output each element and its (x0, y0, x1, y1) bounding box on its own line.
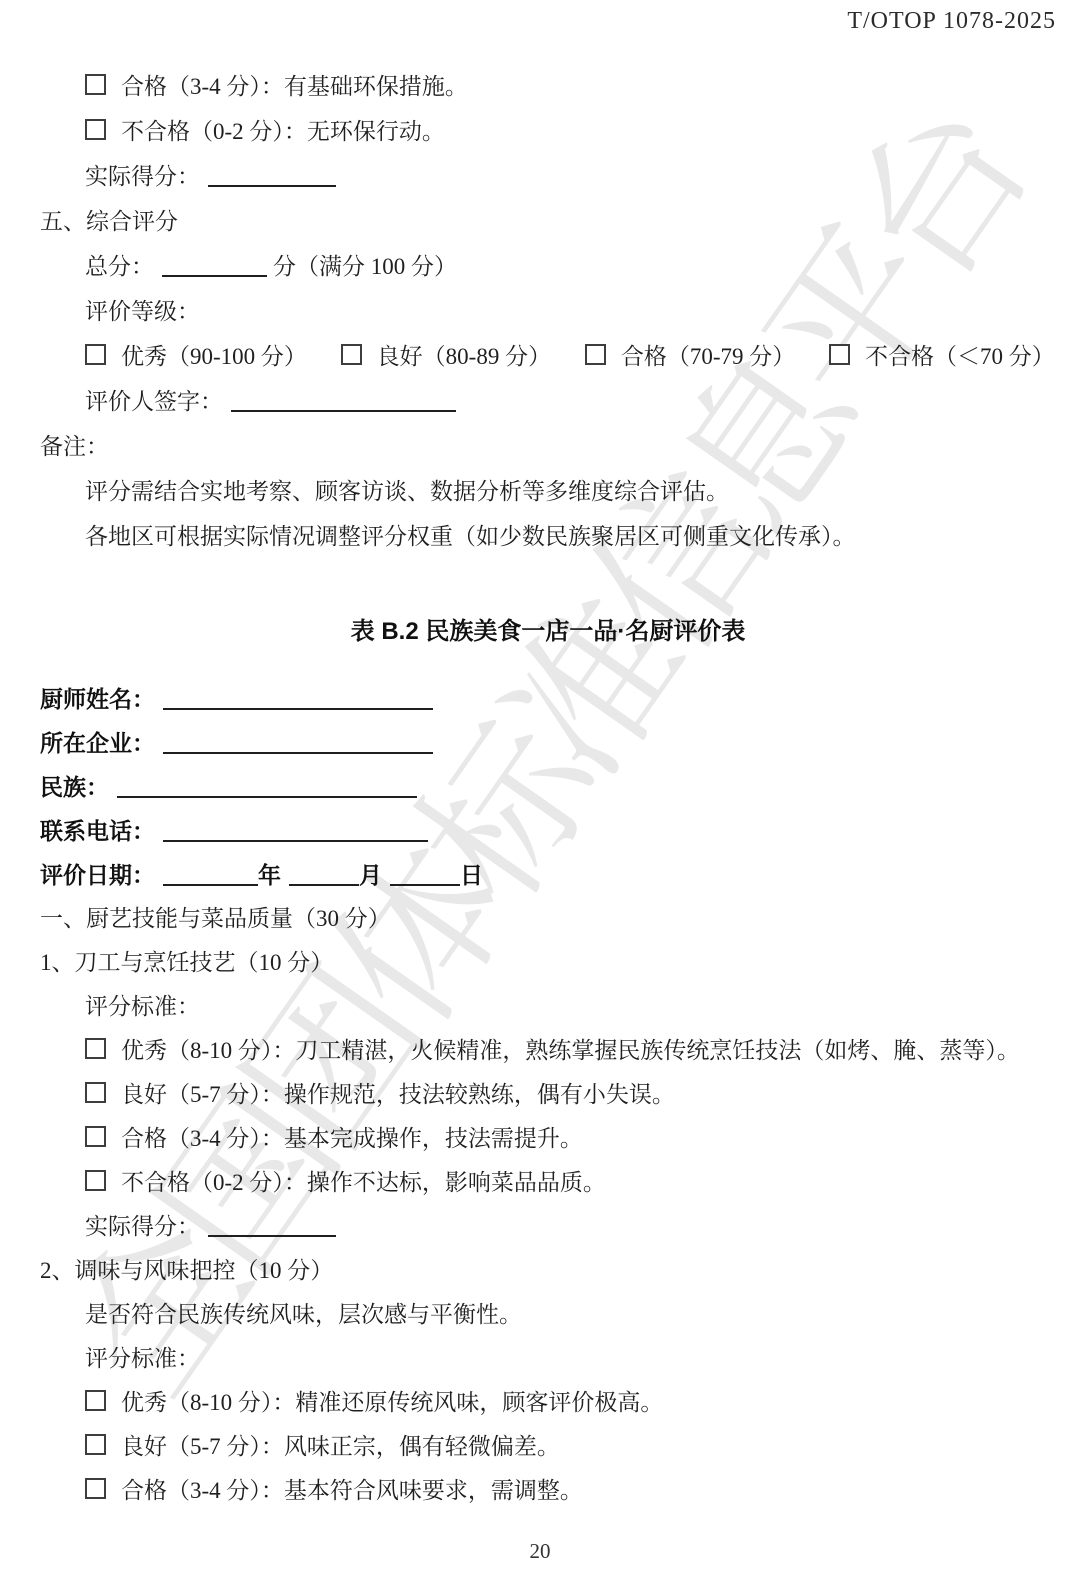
option-label: 良好（5-7 分）：操作规范，技法较熟练，偶有小失误。 (121, 1082, 675, 1107)
note-line-2: 各地区可根据实际情况调整评分权重（如少数民族聚居区可侧重文化传承）。 (40, 514, 1056, 559)
phone-label: 联系电话： (40, 818, 155, 844)
date-label: 评价日期： (40, 862, 155, 888)
grade-option-label: 优秀（90-100 分） (121, 344, 307, 369)
option-label: 合格（3-4 分）：有基础环保措施。 (121, 74, 468, 99)
total-score-line: 总分：分（满分 100 分） (40, 244, 1056, 289)
actual-score-line: 实际得分： (40, 154, 1056, 199)
fill-in-blank (231, 394, 456, 412)
section1-title: 一、厨艺技能与菜品质量（30 分） (40, 897, 1056, 941)
criteria-label: 评分标准： (40, 985, 1056, 1029)
item1-option-fail: 不合格（0-2 分）：操作不达标，影响菜品品质。 (40, 1161, 1056, 1205)
actual-score-label: 实际得分： (85, 164, 200, 189)
option-label: 合格（3-4 分）：基本符合风味要求，需调整。 (121, 1478, 583, 1503)
option-label: 合格（3-4 分）：基本完成操作，技法需提升。 (121, 1126, 583, 1151)
checkbox-icon (85, 1390, 106, 1411)
checkbox-icon (85, 1170, 106, 1191)
chef-name-line: 厨师姓名： (40, 677, 1056, 721)
notes-label: 备注： (40, 424, 1056, 469)
checkbox-icon (829, 344, 850, 365)
grade-options-row: 优秀（90-100 分） 良好（80-89 分） 合格（70-79 分） 不合格… (40, 334, 1056, 379)
item2-title: 2、调味与风味把控（10 分） (40, 1249, 1056, 1293)
grade-option-pass: 合格（70-79 分） (585, 334, 795, 379)
standard-code-header: T/OTOP 1078-2025 (847, 8, 1056, 35)
grade-option-label: 不合格（＜70 分） (865, 344, 1055, 369)
table-b2-title: 表 B.2 民族美食一店一品·名厨评价表 (40, 610, 1056, 654)
signer-label: 评价人签字： (85, 389, 223, 414)
option-label: 优秀（8-10 分）：精准还原传统风味，顾客评价极高。 (121, 1390, 663, 1415)
checkbox-icon (585, 344, 606, 365)
grade-option-fail: 不合格（＜70 分） (829, 334, 1055, 379)
checkbox-icon (85, 1478, 106, 1499)
total-score-suffix: 分（满分 100 分） (273, 254, 457, 279)
actual-score-label: 实际得分： (85, 1214, 200, 1239)
option-label: 优秀（8-10 分）：刀工精湛，火候精准，熟练掌握民族传统烹饪技法（如烤、腌、蒸… (121, 1038, 1020, 1063)
fill-in-blank (208, 1219, 336, 1237)
checkbox-icon (85, 74, 106, 95)
option-env-pass: 合格（3-4 分）：有基础环保措施。 (40, 64, 1056, 109)
page-number: 20 (0, 1539, 1080, 1564)
item1-actual-score-line: 实际得分： (40, 1205, 1056, 1249)
date-year-label: 年 (258, 862, 281, 888)
section-overall-scoring: 合格（3-4 分）：有基础环保措施。 不合格（0-2 分）：无环保行动。 实际得… (40, 64, 1056, 559)
item2-option-excellent: 优秀（8-10 分）：精准还原传统风味，顾客评价极高。 (40, 1381, 1056, 1425)
item1-option-excellent: 优秀（8-10 分）：刀工精湛，火候精准，熟练掌握民族传统烹饪技法（如烤、腌、蒸… (40, 1029, 1056, 1073)
company-label: 所在企业： (40, 730, 155, 756)
checkbox-icon (85, 119, 106, 140)
grade-option-label: 合格（70-79 分） (621, 344, 795, 369)
date-day-label: 日 (460, 862, 483, 888)
note-line-1: 评分需结合实地考察、顾客访谈、数据分析等多维度综合评估。 (40, 469, 1056, 514)
grade-label-line: 评价等级： (40, 289, 1056, 334)
fill-in-blank (163, 868, 258, 886)
fill-in-blank (390, 868, 460, 886)
grade-option-label: 良好（80-89 分） (377, 344, 551, 369)
item1-option-good: 良好（5-7 分）：操作规范，技法较熟练，偶有小失误。 (40, 1073, 1056, 1117)
date-month-label: 月 (359, 862, 382, 888)
fill-in-blank (163, 824, 428, 842)
checkbox-icon (341, 344, 362, 365)
item2-option-good: 良好（5-7 分）：风味正宗，偶有轻微偏差。 (40, 1425, 1056, 1469)
option-label: 不合格（0-2 分）：操作不达标，影响菜品品质。 (121, 1170, 606, 1195)
total-score-label: 总分： (85, 254, 154, 279)
document-page: 全国团体标准信息平台 T/OTOP 1078-2025 合格（3-4 分）：有基… (0, 0, 1080, 1574)
company-line: 所在企业： (40, 721, 1056, 765)
table-b2-form: 厨师姓名： 所在企业： 民族： 联系电话： 评价日期：年月日 一、厨艺技能与菜品… (40, 677, 1056, 1513)
phone-line: 联系电话： (40, 809, 1056, 853)
fill-in-blank (162, 259, 267, 277)
checkbox-icon (85, 1038, 106, 1059)
page-content: 合格（3-4 分）：有基础环保措施。 不合格（0-2 分）：无环保行动。 实际得… (0, 0, 1080, 1513)
checkbox-icon (85, 344, 106, 365)
grade-option-good: 良好（80-89 分） (341, 334, 551, 379)
item1-title: 1、刀工与烹饪技艺（10 分） (40, 941, 1056, 985)
ethnicity-label: 民族： (40, 774, 109, 800)
option-env-fail: 不合格（0-2 分）：无环保行动。 (40, 109, 1056, 154)
fill-in-blank (163, 692, 433, 710)
option-label: 不合格（0-2 分）：无环保行动。 (121, 119, 445, 144)
criteria-label: 评分标准： (40, 1337, 1056, 1381)
section5-title: 五、综合评分 (40, 199, 1056, 244)
signer-line: 评价人签字： (40, 379, 1056, 424)
fill-in-blank (117, 780, 417, 798)
fill-in-blank (289, 868, 359, 886)
date-line: 评价日期：年月日 (40, 853, 1056, 897)
grade-option-excellent: 优秀（90-100 分） (85, 334, 307, 379)
checkbox-icon (85, 1082, 106, 1103)
item1-option-pass: 合格（3-4 分）：基本完成操作，技法需提升。 (40, 1117, 1056, 1161)
ethnicity-line: 民族： (40, 765, 1056, 809)
checkbox-icon (85, 1434, 106, 1455)
chef-name-label: 厨师姓名： (40, 686, 155, 712)
checkbox-icon (85, 1126, 106, 1147)
option-label: 良好（5-7 分）：风味正宗，偶有轻微偏差。 (121, 1434, 560, 1459)
fill-in-blank (208, 169, 336, 187)
item2-description: 是否符合民族传统风味，层次感与平衡性。 (40, 1293, 1056, 1337)
item2-option-pass: 合格（3-4 分）：基本符合风味要求，需调整。 (40, 1469, 1056, 1513)
fill-in-blank (163, 736, 433, 754)
